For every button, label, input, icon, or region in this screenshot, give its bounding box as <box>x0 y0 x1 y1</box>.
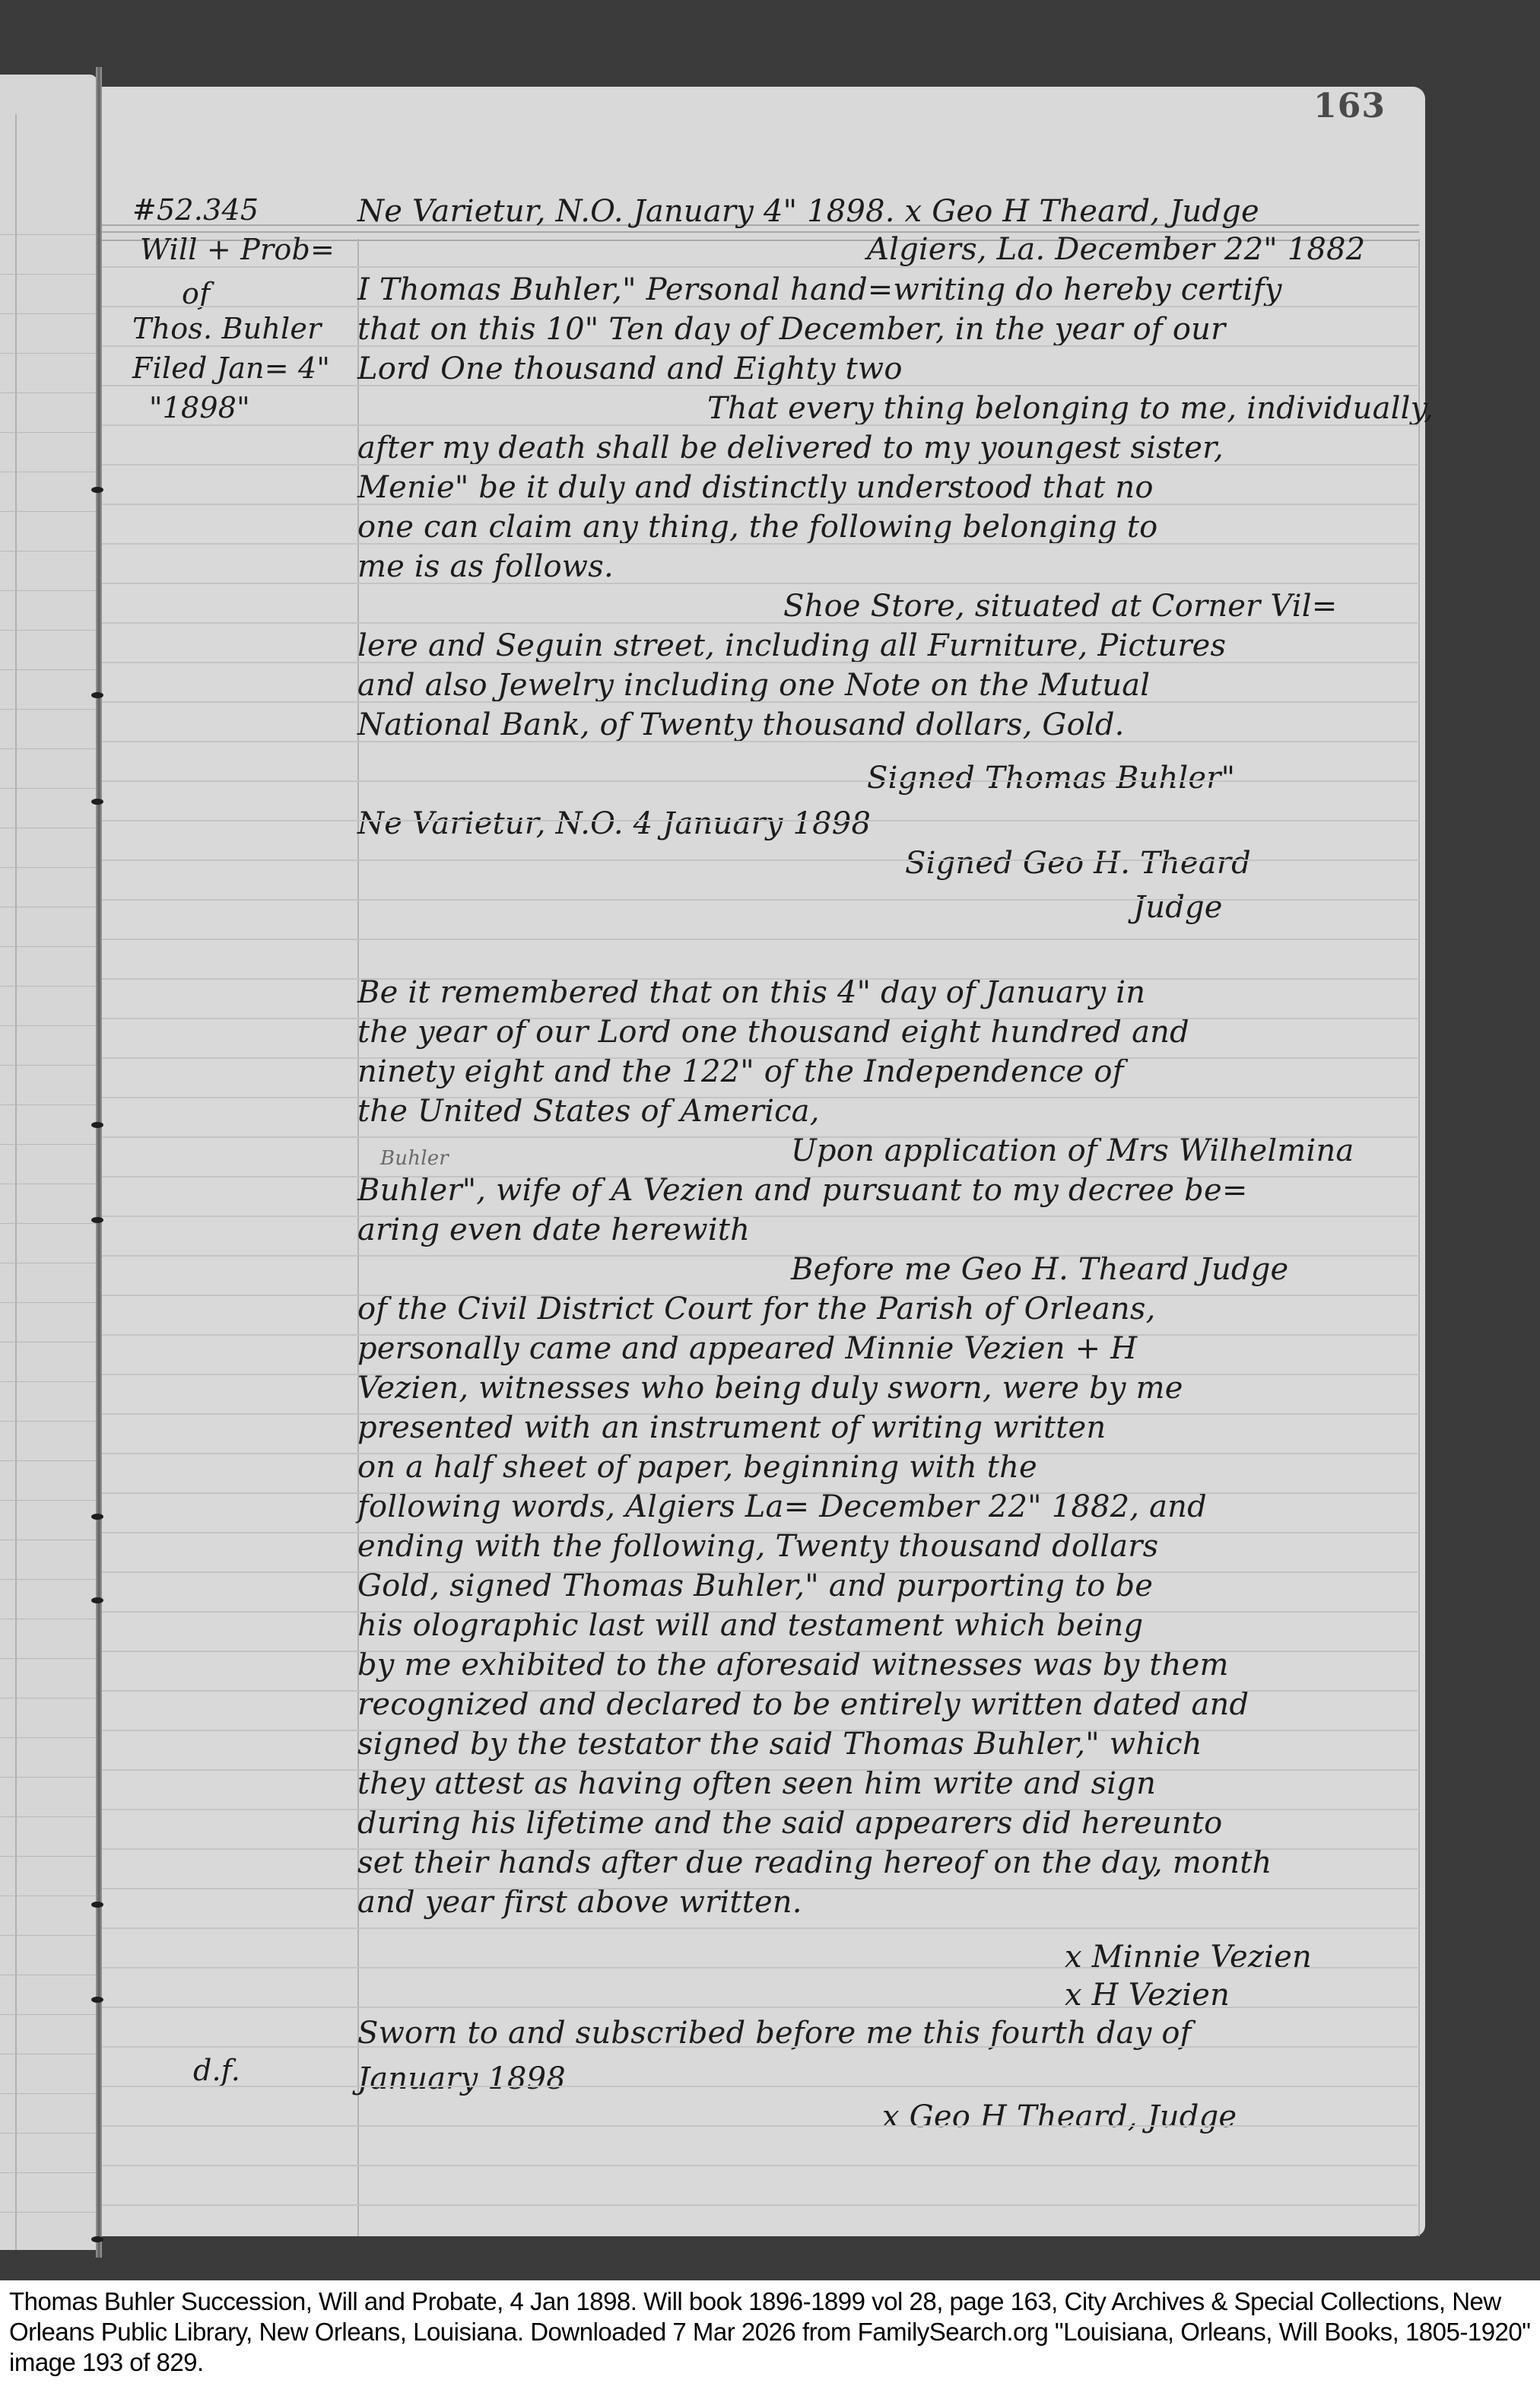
ruled-line <box>102 860 1419 861</box>
binding-stitch <box>91 1217 103 1223</box>
ruled-line <box>102 1611 1419 1613</box>
ruled-line <box>102 741 1419 742</box>
ruled-line <box>102 1571 1419 1573</box>
ruled-line <box>0 274 97 275</box>
margin-filed-year: "1898" <box>149 391 250 424</box>
handwritten-line: x Geo H Theard, Judge <box>882 2099 1237 2134</box>
ruled-line <box>0 1856 97 1857</box>
ruled-line <box>102 424 1419 426</box>
ruled-line <box>0 1500 97 1501</box>
margin-case-number: #52.345 <box>132 193 259 227</box>
ruled-line <box>102 1927 1419 1929</box>
ruled-line <box>102 2165 1419 2166</box>
handwritten-line: that on this 10" Ten day of December, in… <box>357 312 1225 347</box>
handwritten-line: Ne Varietur, N.O. January 4" 1898. x Geo… <box>357 194 1259 229</box>
ruled-line <box>102 662 1419 663</box>
handwritten-line: Buhler", wife of A Vezien and pursuant t… <box>357 1173 1248 1208</box>
ruled-line <box>0 432 97 433</box>
left-page-margin-line <box>15 114 17 2250</box>
binding-stitch <box>91 1122 103 1128</box>
ruled-line <box>102 1492 1419 1494</box>
handwritten-line: set their hands after due reading hereof… <box>357 1845 1272 1880</box>
ruled-line <box>102 780 1419 782</box>
handwritten-line: Shoe Store, situated at Corner Vil= <box>783 589 1337 624</box>
handwritten-line: after my death shall be delivered to my … <box>357 431 1224 466</box>
handwritten-line: Upon application of Mrs Wilhelmina <box>791 1133 1354 1168</box>
ruled-line <box>0 2014 97 2015</box>
ruled-line <box>0 1540 97 1540</box>
ruled-line <box>102 1651 1419 1652</box>
handwritten-line: the United States of America, <box>357 1094 820 1129</box>
ruled-line <box>102 345 1419 347</box>
handwritten-line: Lord One thousand and Eighty two <box>357 351 903 386</box>
ruled-line <box>0 630 97 631</box>
ruled-line <box>102 2086 1419 2087</box>
handwritten-line: ninety eight and the 122" of the Indepen… <box>357 1054 1124 1089</box>
ruled-line <box>0 828 97 828</box>
handwritten-line: the year of our Lord one thousand eight … <box>357 1015 1189 1050</box>
ruled-line <box>0 788 97 789</box>
ruled-line <box>102 1413 1419 1415</box>
ruled-line <box>102 1730 1419 1731</box>
ruled-line <box>102 1809 1419 1810</box>
handwritten-line: Menie" be it duly and distinctly underst… <box>357 470 1154 505</box>
ruled-line <box>0 1658 97 1659</box>
ruled-line <box>0 1975 97 1975</box>
ruled-line <box>0 511 97 512</box>
ruled-line <box>102 1176 1419 1177</box>
ruled-line <box>102 1255 1419 1257</box>
handwritten-line: recognized and declared to be entirely w… <box>357 1687 1249 1722</box>
margin-decedent-name: Thos. Buhler <box>132 312 321 345</box>
ruled-line <box>102 1136 1419 1138</box>
ruled-line <box>0 1025 97 1026</box>
ruled-line <box>102 504 1419 505</box>
ruled-line <box>0 234 97 235</box>
ruled-line <box>0 946 97 947</box>
ruled-line <box>0 1065 97 1066</box>
ruled-line <box>0 1184 97 1184</box>
ruled-line <box>0 313 97 314</box>
ruled-line <box>102 2204 1419 2206</box>
ruled-line <box>102 1888 1419 1889</box>
ruled-line <box>0 1104 97 1105</box>
ruled-line <box>102 306 1419 307</box>
handwritten-line: personally came and appeared Minnie Vezi… <box>357 1331 1137 1366</box>
right-column-line <box>1418 239 1420 2236</box>
ruled-line <box>0 1579 97 1580</box>
handwritten-line: on a half sheet of paper, beginning with… <box>357 1450 1037 1485</box>
ruled-line <box>0 2212 97 2213</box>
ruled-line <box>102 464 1419 466</box>
ruled-line <box>0 1342 97 1343</box>
handwritten-line: January 1898 <box>357 2061 566 2096</box>
ruled-line <box>0 1144 97 1145</box>
binding-stitch <box>91 2236 103 2242</box>
ledger-page: 163 #52.345 Will + Prob= of Thos. Buhler… <box>102 87 1425 2236</box>
ruled-line <box>0 551 97 551</box>
handwritten-line: they attest as having often seen him wri… <box>357 1766 1156 1801</box>
binding-stitch <box>91 487 103 493</box>
handwritten-line: aring even date herewith <box>357 1212 750 1247</box>
binding-stitch <box>91 1514 103 1520</box>
ruled-line <box>102 1334 1419 1336</box>
margin-doc-type: Will + Prob= <box>140 233 335 266</box>
ruled-line <box>102 2046 1419 2048</box>
ruled-line <box>102 1967 1419 1969</box>
handwritten-line: Signed Geo H. Theard <box>905 846 1251 881</box>
ruled-line <box>0 392 97 393</box>
ruled-line <box>102 1374 1419 1375</box>
ruled-line <box>0 1263 97 1263</box>
margin-filed-date: Filed Jan= 4" <box>132 351 330 385</box>
ruled-line <box>0 1381 97 1382</box>
ruled-line <box>102 978 1419 980</box>
handwritten-line: during his lifetime and the said appeare… <box>357 1806 1222 1841</box>
handwritten-line: of the Civil District Court for the Pari… <box>357 1292 1156 1327</box>
handwritten-line: by me exhibited to the aforesaid witness… <box>357 1648 1229 1683</box>
handwritten-line: his olographic last will and testament w… <box>357 1608 1143 1643</box>
ruled-line <box>0 1935 97 1936</box>
ruled-line <box>0 1896 97 1896</box>
ruled-line <box>102 2007 1419 2008</box>
ruled-line <box>102 701 1419 703</box>
ruled-line <box>0 2172 97 2173</box>
ruled-line <box>0 669 97 670</box>
page-number: 163 <box>1313 87 1386 126</box>
handwritten-line: and also Jewelry including one Note on t… <box>357 668 1150 703</box>
ruled-line <box>102 1532 1419 1533</box>
ruled-line <box>102 1295 1419 1296</box>
handwritten-line: one can claim any thing, the following b… <box>357 510 1157 545</box>
ruled-line <box>0 1816 97 1817</box>
ruled-line <box>102 820 1419 821</box>
ruled-line <box>102 1769 1419 1771</box>
binding-stitch <box>91 1997 103 2003</box>
handwritten-line: x Minnie Vezien <box>1065 1940 1312 1975</box>
handwritten-line: presented with an instrument of writing … <box>357 1410 1106 1445</box>
ruled-line <box>0 1302 97 1303</box>
ruled-line <box>102 1690 1419 1692</box>
handwritten-line: ending with the following, Twenty thousa… <box>357 1529 1158 1564</box>
scanned-ledger-image: 163 #52.345 Will + Prob= of Thos. Buhler… <box>0 0 1540 2280</box>
ruled-line <box>102 1848 1419 1850</box>
ruled-line <box>102 899 1419 901</box>
ruled-line <box>0 867 97 868</box>
ruled-line <box>102 583 1419 584</box>
ruled-line <box>102 622 1419 624</box>
ruled-line <box>102 1057 1419 1059</box>
ruled-line <box>0 353 97 354</box>
binding-stitch <box>91 799 103 805</box>
ruled-line <box>0 1223 97 1224</box>
handwritten-line: Ne Varietur, N.O. 4 January 1898 <box>357 806 871 841</box>
ruled-line <box>102 2125 1419 2127</box>
ruled-line <box>102 1215 1419 1217</box>
ruled-line <box>0 1698 97 1698</box>
ruled-line <box>0 748 97 749</box>
book-spine <box>96 67 102 2258</box>
image-caption: Thomas Buhler Succession, Will and Proba… <box>9 2286 1534 2378</box>
handwritten-line: Vezien, witnesses who being duly sworn, … <box>357 1371 1183 1406</box>
ruled-line <box>0 986 97 987</box>
handwritten-line: following words, Algiers La= December 22… <box>357 1489 1207 1524</box>
binding-stitch <box>91 1902 103 1908</box>
ruled-line <box>0 2054 97 2054</box>
handwritten-line: That every thing belonging to me, indivi… <box>707 391 1434 426</box>
ruled-line <box>102 385 1419 386</box>
ruled-line <box>0 1421 97 1422</box>
ruled-line <box>102 543 1419 545</box>
handwritten-line: National Bank, of Twenty thousand dollar… <box>357 707 1125 742</box>
ruled-line <box>102 266 1419 268</box>
ruled-line <box>0 2093 97 2094</box>
ruled-line <box>102 1018 1419 1019</box>
interlineation-note: Buhler <box>380 1147 449 1170</box>
handwritten-line: Algiers, La. December 22" 1882 <box>867 232 1365 267</box>
handwritten-line: me is as follows. <box>357 549 614 584</box>
ruled-line <box>102 939 1419 940</box>
handwritten-line: and year first above written. <box>357 1885 802 1920</box>
ruled-line <box>102 1453 1419 1454</box>
facing-left-page <box>0 75 97 2250</box>
ruled-line <box>0 1460 97 1461</box>
handwritten-line: signed by the testator the said Thomas B… <box>357 1727 1202 1762</box>
ruled-line <box>0 907 97 907</box>
handwritten-line: I Thomas Buhler," Personal hand=writing … <box>357 272 1282 307</box>
binding-stitch <box>91 1597 103 1603</box>
handwritten-line: lere and Seguin street, including all Fu… <box>357 628 1226 663</box>
ruled-line <box>0 1777 97 1778</box>
ruled-line <box>0 709 97 710</box>
ruled-line <box>102 1097 1419 1098</box>
ruled-line <box>0 472 97 472</box>
ruled-line <box>0 590 97 591</box>
ruled-line <box>0 1619 97 1619</box>
ruled-line <box>0 1737 97 1738</box>
handwritten-line: Before me Geo H. Theard Judge <box>791 1252 1288 1287</box>
handwritten-line: Be it remembered that on this 4" day of … <box>357 975 1145 1010</box>
handwritten-line: Signed Thomas Buhler" <box>867 761 1235 796</box>
ruled-line <box>0 2133 97 2134</box>
handwritten-line: Judge <box>1133 890 1223 925</box>
binding-stitch <box>91 692 103 698</box>
margin-initials: d.f. <box>193 2054 240 2087</box>
handwritten-line: Gold, signed Thomas Buhler," and purport… <box>357 1568 1153 1603</box>
